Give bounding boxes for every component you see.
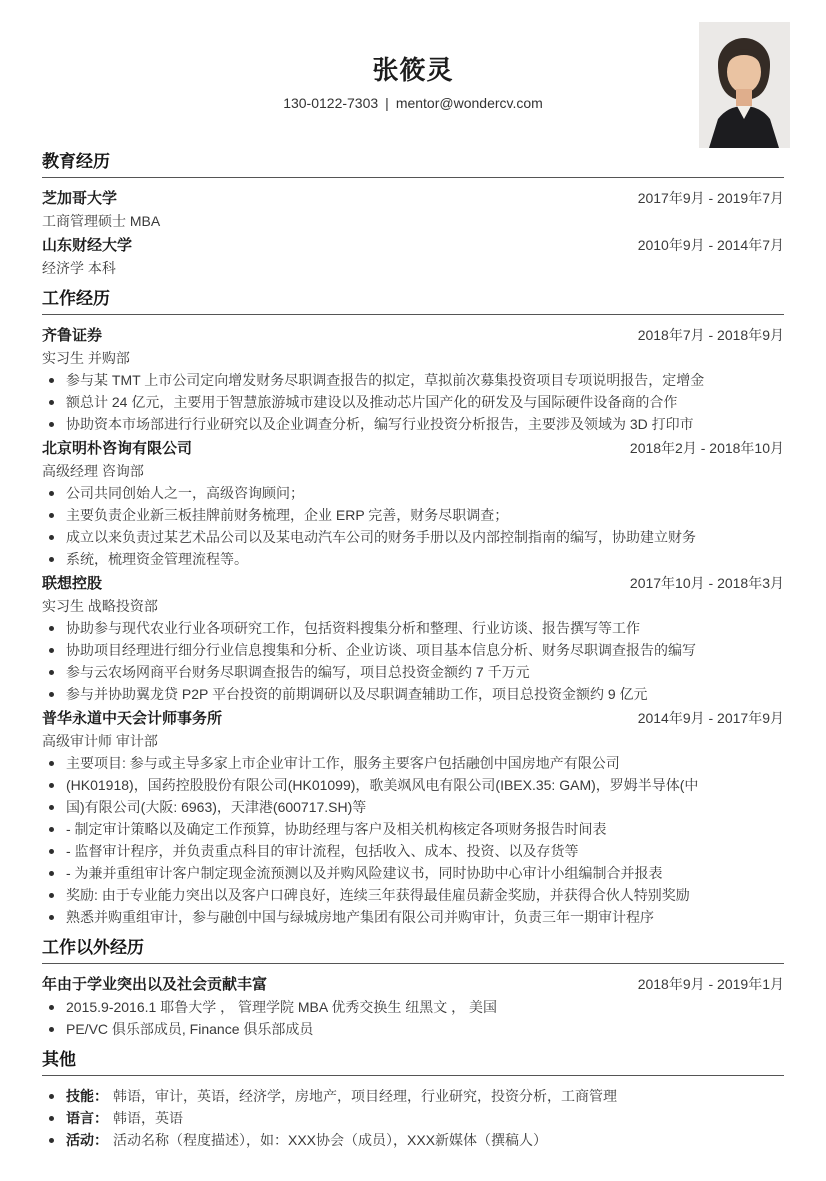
- company-name: 联想控股: [42, 573, 102, 595]
- bullet-list: 参与某 TMT 上市公司定向增发财务尽职调查报告的拟定，草拟前次募集投资项目专项…: [42, 369, 784, 435]
- languages-label: 语言：: [66, 1110, 108, 1126]
- bullet-icon: [49, 1116, 54, 1121]
- entry-date: 2017年9月 - 2019年7月: [638, 187, 784, 209]
- entry-header: 联想控股 2017年10月 - 2018年3月: [42, 572, 784, 595]
- school-name: 芝加哥大学: [42, 188, 117, 210]
- bullet-icon: [49, 915, 54, 920]
- section-title-work: 工作经历: [42, 289, 784, 315]
- bullet-item: 额总计 24 亿元，主要用于智慧旅游城市建设以及推动芯片国产化的研发及与国际硬件…: [42, 391, 784, 413]
- bullet-icon: [49, 761, 54, 766]
- work-entry: 齐鲁证券 2018年7月 - 2018年9月 实习生 并购部 参与某 TMT 上…: [42, 324, 784, 435]
- bullet-icon: [49, 422, 54, 427]
- bullet-item: 2015.9-2016.1 耶鲁大学 ， 管理学院 MBA 优秀交换生 纽黑文 …: [42, 996, 784, 1018]
- profile-photo-illustration: [699, 22, 790, 148]
- bullet-item: - 制定审计策略以及确定工作预算，协助经理与客户及相关机构核定各项财务报告时间表: [42, 818, 784, 840]
- entry-title: 年由于学业突出以及社会贡献丰富: [42, 974, 267, 996]
- bullet-icon: [49, 557, 54, 562]
- bullet-icon: [49, 626, 54, 631]
- skills-value: 韩语，审计，英语，经济学，房地产，项目经理，行业研究，投资分析，工商管理: [113, 1088, 617, 1104]
- profile-photo: [699, 22, 790, 148]
- entry-header: 北京明朴咨询有限公司 2018年2月 - 2018年10月: [42, 437, 784, 460]
- bullet-icon: [49, 1094, 54, 1099]
- education-entry: 芝加哥大学 2017年9月 - 2019年7月 工商管理硕士 MBA: [42, 187, 784, 232]
- bullet-item: 系统，梳理资金管理流程等。: [42, 548, 784, 570]
- section-title-other: 其他: [42, 1050, 784, 1076]
- work-entry: 北京明朴咨询有限公司 2018年2月 - 2018年10月 高级经理 咨询部 公…: [42, 437, 784, 570]
- entry-header: 芝加哥大学 2017年9月 - 2019年7月: [42, 187, 784, 210]
- bullet-icon: [49, 805, 54, 810]
- job-title: 高级审计师 审计部: [42, 730, 784, 752]
- section-title-education: 教育经历: [42, 152, 784, 178]
- company-name: 普华永道中天会计师事务所: [42, 708, 222, 730]
- bullet-item: 成立以来负责过某艺术品公司以及某电动汽车公司的财务手册以及内部控制指南的编写，协…: [42, 526, 784, 548]
- skills-item: 技能：韩语，审计，英语，经济学，房地产，项目经理，行业研究，投资分析，工商管理: [42, 1085, 784, 1107]
- degree: 工商管理硕士 MBA: [42, 210, 784, 232]
- bullet-list: 公司共同创始人之一，高级咨询顾问； 主要负责企业新三板挂牌前财务梳理，企业 ER…: [42, 482, 784, 570]
- bullet-item: 公司共同创始人之一，高级咨询顾问；: [42, 482, 784, 504]
- entry-header: 齐鲁证券 2018年7月 - 2018年9月: [42, 324, 784, 347]
- bullet-icon: [49, 1027, 54, 1032]
- bullet-item: 参与某 TMT 上市公司定向增发财务尽职调查报告的拟定，草拟前次募集投资项目专项…: [42, 369, 784, 391]
- work-entry: 联想控股 2017年10月 - 2018年3月 实习生 战略投资部 协助参与现代…: [42, 572, 784, 705]
- contact-line: 130-0122-7303|mentor@wondercv.com: [42, 94, 784, 112]
- entry-date: 2014年9月 - 2017年9月: [638, 707, 784, 729]
- entry-date: 2017年10月 - 2018年3月: [630, 572, 784, 594]
- bullet-list: 技能：韩语，审计，英语，经济学，房地产，项目经理，行业研究，投资分析，工商管理 …: [42, 1085, 784, 1151]
- bullet-icon: [49, 491, 54, 496]
- extracurricular-entry: 年由于学业突出以及社会贡献丰富 2018年9月 - 2019年1月 2015.9…: [42, 973, 784, 1040]
- bullet-item: PE/VC 俱乐部成员, Finance 俱乐部成员: [42, 1018, 784, 1040]
- bullet-icon: [49, 1138, 54, 1143]
- bullet-icon: [49, 648, 54, 653]
- bullet-icon: [49, 378, 54, 383]
- bullet-item: (HK01918)，国药控股股份有限公司(HK01099)，歌美飒风电有限公司(…: [42, 774, 784, 796]
- bullet-icon: [49, 893, 54, 898]
- languages-item: 语言：韩语，英语: [42, 1107, 784, 1129]
- education-entry: 山东财经大学 2010年9月 - 2014年7月 经济学 本科: [42, 234, 784, 279]
- degree: 经济学 本科: [42, 257, 784, 279]
- entry-header: 山东财经大学 2010年9月 - 2014年7月: [42, 234, 784, 257]
- bullet-item: 协助项目经理进行细分行业信息搜集和分析、企业访谈、项目基本信息分析、财务尽职调查…: [42, 639, 784, 661]
- email-address: mentor@wondercv.com: [396, 95, 543, 111]
- candidate-name: 张筱灵: [42, 54, 784, 86]
- activities-value: 活动名称（程度描述），如：XXX协会（成员），XXX新媒体（撰稿人）: [113, 1132, 547, 1148]
- languages-value: 韩语，英语: [113, 1110, 183, 1126]
- job-title: 实习生 战略投资部: [42, 595, 784, 617]
- bullet-icon: [49, 783, 54, 788]
- bullet-icon: [49, 400, 54, 405]
- bullet-item: 协助参与现代农业行业各项研究工作，包括资料搜集分析和整理、行业访谈、报告撰写等工…: [42, 617, 784, 639]
- entry-date: 2010年9月 - 2014年7月: [638, 234, 784, 256]
- bullet-icon: [49, 513, 54, 518]
- entry-date: 2018年9月 - 2019年1月: [638, 973, 784, 995]
- job-title: 实习生 并购部: [42, 347, 784, 369]
- bullet-icon: [49, 670, 54, 675]
- activities-label: 活动：: [66, 1132, 108, 1148]
- section-education: 教育经历 芝加哥大学 2017年9月 - 2019年7月 工商管理硕士 MBA …: [42, 152, 784, 279]
- bullet-icon: [49, 692, 54, 697]
- job-title: 高级经理 咨询部: [42, 460, 784, 482]
- company-name: 齐鲁证券: [42, 325, 102, 347]
- entry-date: 2018年2月 - 2018年10月: [630, 437, 784, 459]
- bullet-item: 主要负责企业新三板挂牌前财务梳理，企业 ERP 完善，财务尽职调查；: [42, 504, 784, 526]
- entry-header: 年由于学业突出以及社会贡献丰富 2018年9月 - 2019年1月: [42, 973, 784, 996]
- skills-label: 技能：: [66, 1088, 108, 1104]
- bullet-icon: [49, 849, 54, 854]
- entry-header: 普华永道中天会计师事务所 2014年9月 - 2017年9月: [42, 707, 784, 730]
- bullet-item: 熟悉并购重组审计，参与融创中国与绿城房地产集团有限公司并购审计，负责三年一期审计…: [42, 906, 784, 928]
- bullet-list: 2015.9-2016.1 耶鲁大学 ， 管理学院 MBA 优秀交换生 纽黑文 …: [42, 996, 784, 1040]
- bullet-list: 协助参与现代农业行业各项研究工作，包括资料搜集分析和整理、行业访谈、报告撰写等工…: [42, 617, 784, 705]
- section-work: 工作经历 齐鲁证券 2018年7月 - 2018年9月 实习生 并购部 参与某 …: [42, 289, 784, 928]
- bullet-item: 参与并协助翼龙贷 P2P 平台投资的前期调研以及尽职调查辅助工作，项目总投资金额…: [42, 683, 784, 705]
- bullet-item: 奖励: 由于专业能力突出以及客户口碑良好，连续三年获得最佳雇员薪金奖励，并获得合…: [42, 884, 784, 906]
- section-title-extracurricular: 工作以外经历: [42, 938, 784, 964]
- section-extracurricular: 工作以外经历 年由于学业突出以及社会贡献丰富 2018年9月 - 2019年1月…: [42, 938, 784, 1040]
- work-entry: 普华永道中天会计师事务所 2014年9月 - 2017年9月 高级审计师 审计部…: [42, 707, 784, 928]
- bullet-item: 协助资本市场部进行行业研究以及企业调查分析，编写行业投资分析报告，主要涉及领域为…: [42, 413, 784, 435]
- entry-date: 2018年7月 - 2018年9月: [638, 324, 784, 346]
- resume-page: 张筱灵 130-0122-7303|mentor@wondercv.com 教育…: [0, 0, 826, 1181]
- bullet-list: 主要项目: 参与或主导多家上市企业审计工作，服务主要客户包括融创中国房地产有限公…: [42, 752, 784, 928]
- section-other: 其他 技能：韩语，审计，英语，经济学，房地产，项目经理，行业研究，投资分析，工商…: [42, 1050, 784, 1151]
- school-name: 山东财经大学: [42, 235, 132, 257]
- bullet-item: - 为兼并重组审计客户制定现金流预测以及并购风险建议书，同时协助中心审计小组编制…: [42, 862, 784, 884]
- bullet-icon: [49, 871, 54, 876]
- activities-item: 活动：活动名称（程度描述），如：XXX协会（成员），XXX新媒体（撰稿人）: [42, 1129, 784, 1151]
- bullet-item: 主要项目: 参与或主导多家上市企业审计工作，服务主要客户包括融创中国房地产有限公…: [42, 752, 784, 774]
- bullet-icon: [49, 827, 54, 832]
- bullet-icon: [49, 535, 54, 540]
- company-name: 北京明朴咨询有限公司: [42, 438, 192, 460]
- phone-number: 130-0122-7303: [283, 95, 378, 111]
- bullet-icon: [49, 1005, 54, 1010]
- bullet-item: - 监督审计程序，并负责重点科目的审计流程，包括收入、成本、投资、以及存货等: [42, 840, 784, 862]
- contact-separator: |: [385, 95, 389, 111]
- bullet-item: 国)有限公司(大阪: 6963)，天津港(600717.SH)等: [42, 796, 784, 818]
- bullet-item: 参与云农场网商平台财务尽职调查报告的编写，项目总投资金额约 7 千万元: [42, 661, 784, 683]
